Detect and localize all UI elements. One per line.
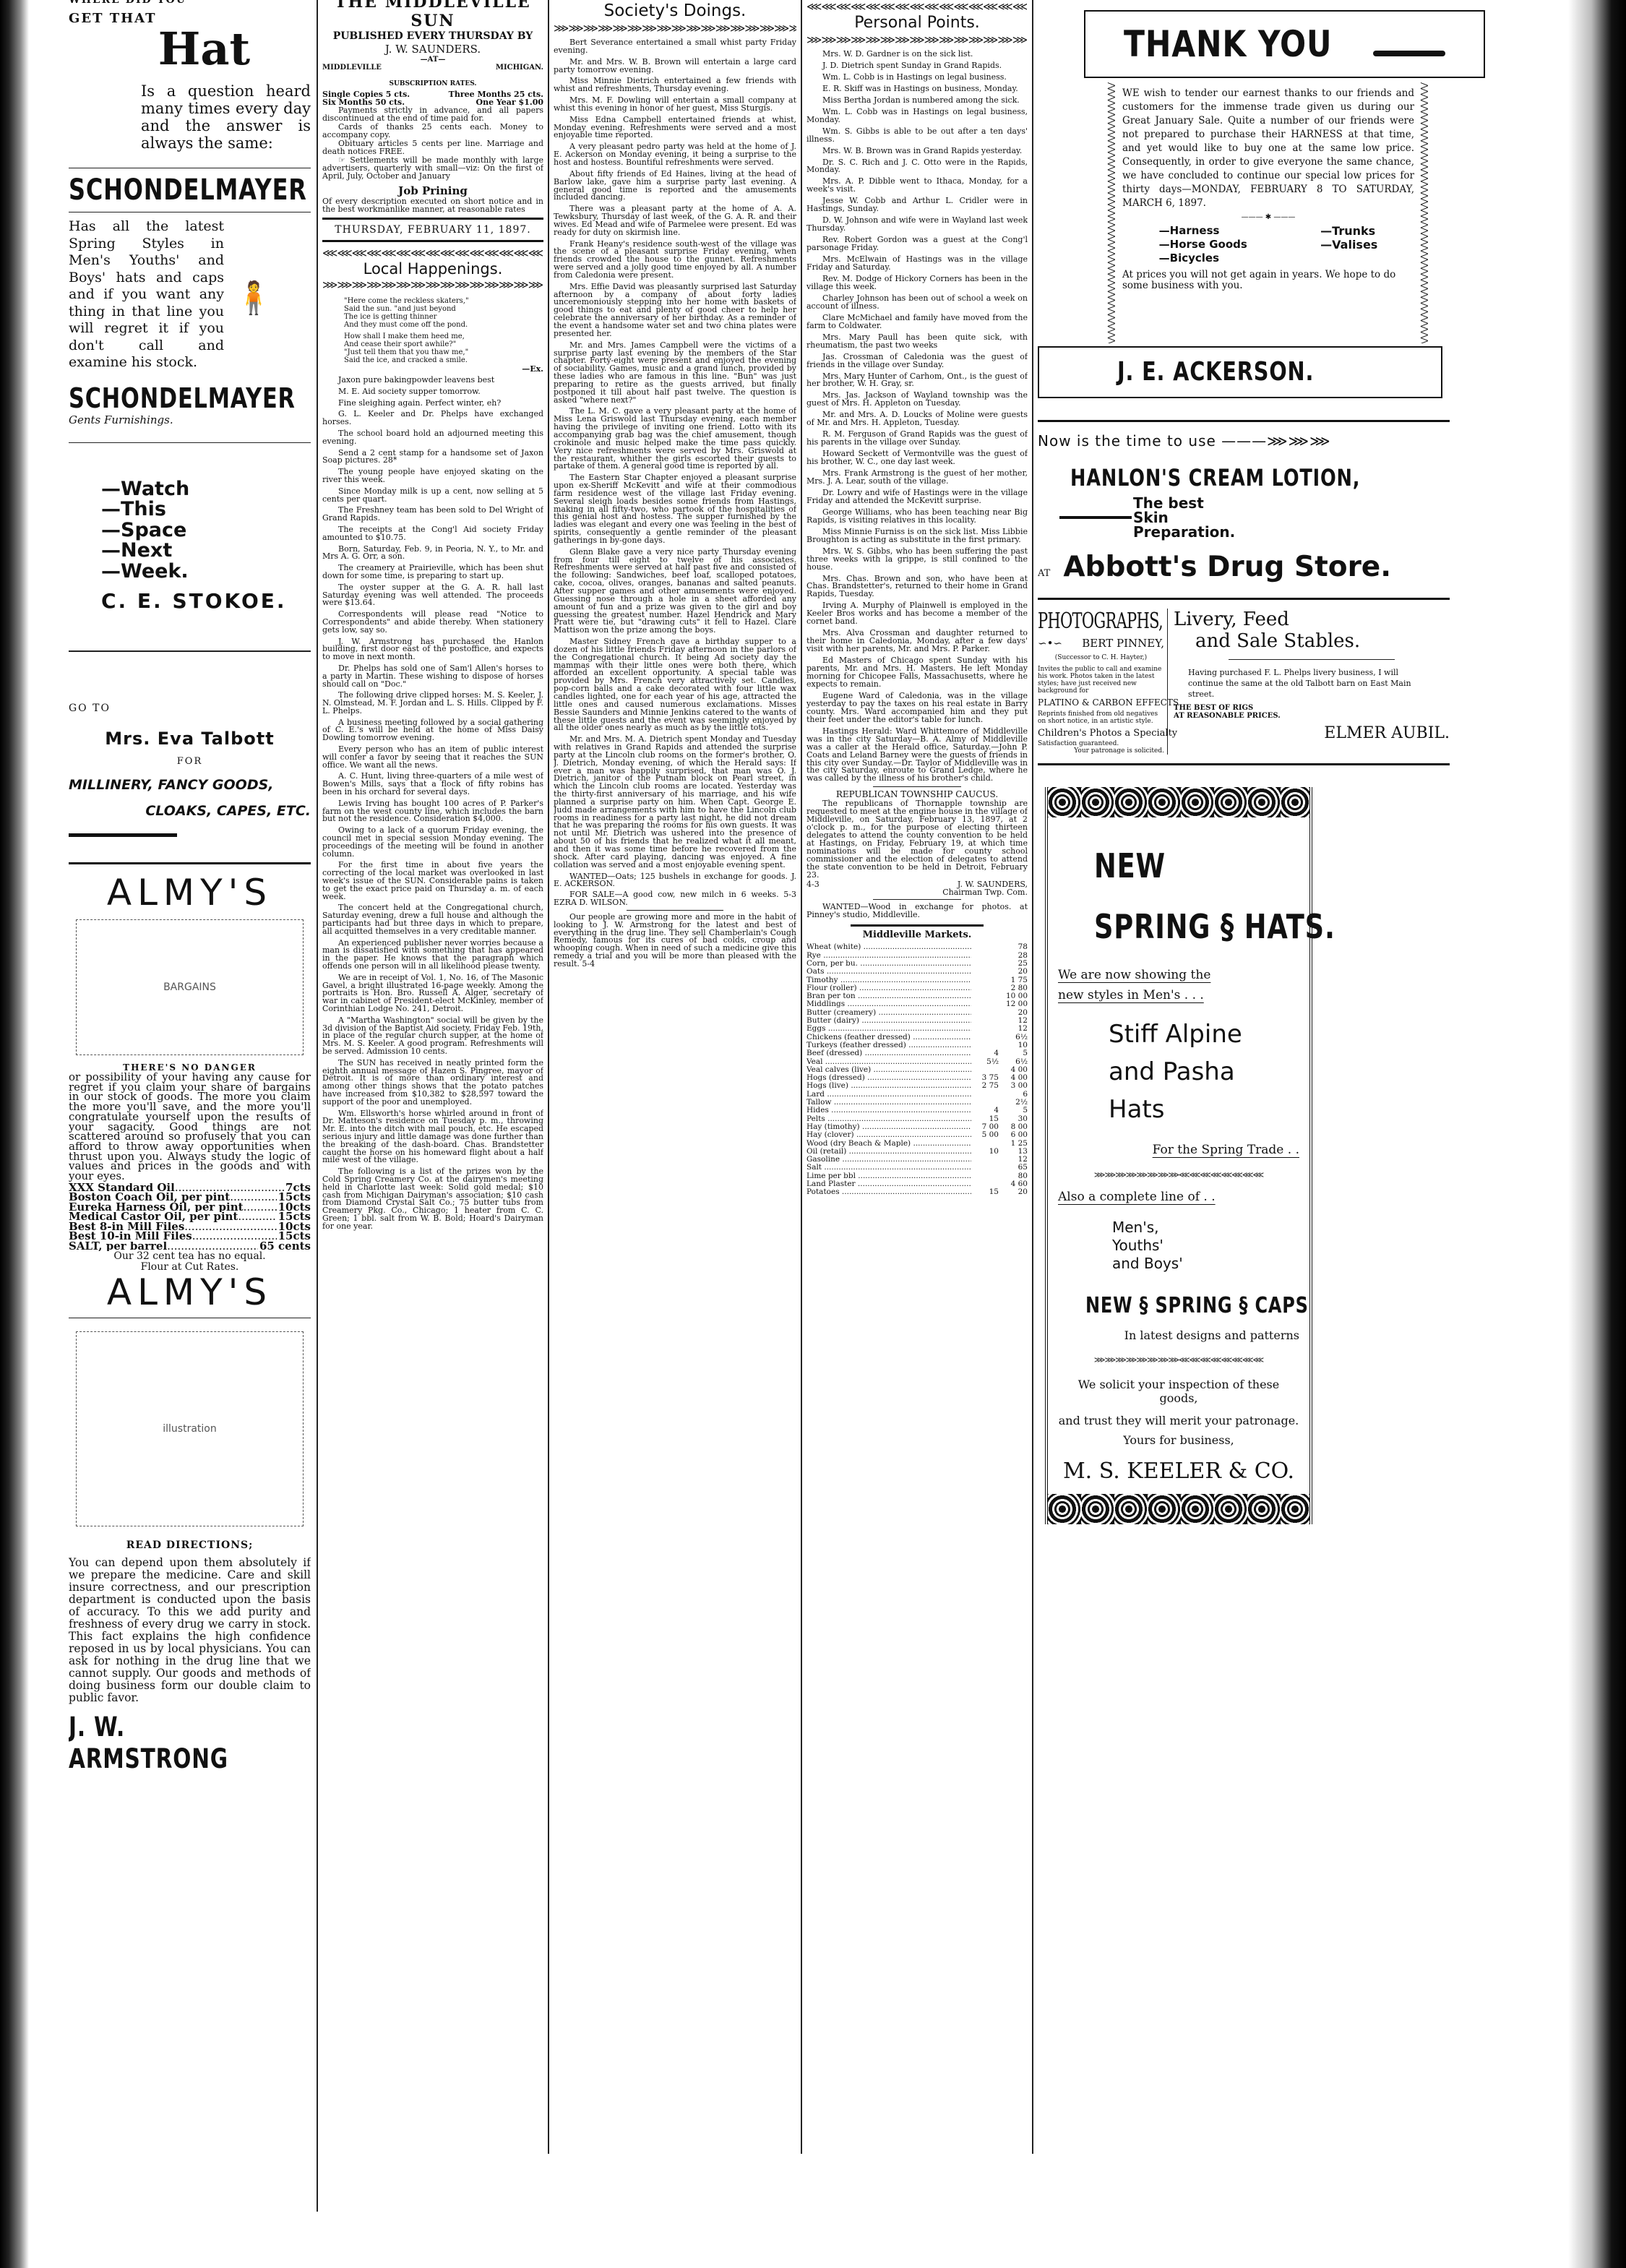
news-item: The concert held at the Congregational c… [322,904,543,935]
market-item: Rye [806,952,971,960]
subscription-rates: Single Copies 5 cts.Three Months 25 cts.… [322,90,543,106]
market-low [971,1000,999,1008]
poem-line: And cease their sport awhile?" [344,340,543,348]
personal-item: Mrs. Chas. Brown and son, who have been … [806,575,1028,599]
market-item: Wood (dry Beach & Maple) [806,1140,971,1148]
stokoe-ad: —Watch—This—Space—Next—Week. C. E. STOKO… [69,449,311,621]
market-item: Tallow [806,1099,971,1107]
group-line: Youths' [1112,1237,1299,1255]
market-row: Chickens (feather dressed)6½ [806,1034,1028,1041]
market-row: Hay (clover)5 006 00 [806,1131,1028,1139]
price-item: Best 10-in Mill Files [69,1232,277,1242]
poem-line: The ice is getting thinner [344,313,543,321]
hanlon-ad: Now is the time to use ———⋙⋙⋙ HANLON'S C… [1038,432,1450,583]
personal-item: Miss Bertha Jordan is numbered among the… [806,97,1028,105]
market-row: Butter (creamery)20 [806,1009,1028,1017]
news-item: Fine sleighing again. Perfect winter, eh… [322,400,543,408]
market-row: Salt65 [806,1164,1028,1172]
classified-ad: FOR SALE—A good cow, new milch in 6 week… [554,891,796,907]
market-item: Oats [806,968,971,976]
ad-line: —This [101,499,311,520]
society-item: A very pleasant pedro party was held at … [554,143,796,167]
price-row: SALT, per barrel65 cents [69,1242,311,1252]
personal-item: Mrs. W. B. Brown was in Grand Rapids yes… [806,147,1028,155]
society-item: The Eastern Star Chapter enjoyed a pleas… [554,474,796,545]
publisher: J. W. SAUNDERS. [322,43,543,56]
market-row: Wheat (white)78 [806,943,1028,951]
news-item: Every person who has an item of public i… [322,746,543,769]
bargains-cartoon-icon: BARGAINS [76,919,304,1055]
market-row: Timothy1 75 [806,976,1028,984]
ad-intro: We are now showing the [1058,968,1299,982]
market-item: Potatoes [806,1188,971,1196]
personal-item: Ed Masters of Chicago spent Sunday with … [806,657,1028,689]
ad-note: Our 32 cent tea has no equal. [69,1251,311,1262]
personal-item: Miss Minnie Furniss is on the sick list.… [806,528,1028,544]
column-rule [1032,0,1033,2154]
society-item: There was a pleasant party at the home o… [554,205,796,236]
market-row: Oats20 [806,968,1028,976]
market-row: Rye28 [806,952,1028,960]
guarantee-note: Satisfaction guaranteed. [1038,740,1164,747]
ad-headline: SPRING § HATS. [1094,907,1335,946]
price-item: XXX Standard Oil [69,1183,284,1193]
personal-item: Irving A. Murphy of Plainwell is employe… [806,602,1028,626]
page-scan-edge-right [1568,0,1626,2268]
market-low [971,1017,999,1025]
market-item: Oil (retail) [806,1148,971,1156]
market-low: 2 75 [971,1082,999,1090]
market-row: Beef (dressed)45 [806,1049,1028,1057]
market-row: Oil (retail)1013 [806,1148,1028,1156]
news-item: Wm. Ellsworth's horse whirled around in … [322,1110,543,1165]
market-row: Bran per ton10 00 [806,992,1028,1000]
published-line: PUBLISHED EVERY THURSDAY BY [322,30,543,43]
price-row: Best 8-in Mill Files10cts [69,1222,311,1232]
price-row: XXX Standard Oil7cts [69,1183,311,1193]
successor-note: (Successor to C. H. Hayter,) [1038,654,1164,661]
news-item: For the first time in about five years t… [322,862,543,901]
caucus-body: The republicans of Thornapple township a… [806,799,1028,879]
newspaper-title: THE MIDDLEVILLE SUN [322,0,543,30]
news-item: We are in receipt of Vol. 1, No. 16, of … [322,974,543,1013]
caucus-notice: REPUBLICAN TOWNSHIP CAUCUS. The republic… [806,790,1028,896]
market-high: 5 [999,1107,1028,1114]
ad-pitch: Has all the latest Spring Styles in Men'… [69,218,224,371]
photographer-name: BERT PINNEY, [1082,637,1164,650]
ad-body: Is a question heard many times every day… [141,82,311,152]
personal-item: Howard Seckett of Vermontville was the g… [806,450,1028,466]
brand-name-repeat: ALMY'S [69,1273,311,1312]
society-item: Glenn Blake gave a very nice party Thurs… [554,549,796,635]
market-item: Wheat (white) [806,943,971,951]
society-item: Master Sidney French gave a birthday sup… [554,638,796,732]
market-item: Beef (dressed) [806,1049,971,1057]
ad-headline: THANK YOU [1124,25,1332,64]
personal-item: Mrs. W. S. Gibbs, who has been suffering… [806,548,1028,572]
markets-heading: Middleville Markets. [806,929,1028,940]
market-item: Hides [806,1107,971,1114]
poem-line: And they must come off the pond. [344,321,543,329]
market-low: 10 [971,1148,999,1156]
classified-ad: WANTED—Oats; 125 bushels in exchange for… [554,873,796,889]
market-high: 78 [999,943,1028,951]
ad-line: —Next [101,541,311,562]
poem-line: How shall I make them heed me, [344,332,543,340]
ad-body: WE wish to tender our earnest thanks to … [1122,87,1414,210]
market-low [971,1172,999,1180]
news-item: J. W. Armstrong has purchased the Hanlon… [322,638,543,661]
market-item: Flour (roller) [806,984,971,992]
ad-body: You can depend upon them absolutely if w… [69,1557,311,1704]
poem-credit: —Ex. [322,364,543,374]
schondelmayer-hat-ad: WHERE DID YOU GET THAT Hat Is a question… [69,0,311,443]
designs-line: In latest designs and patterns [1058,1328,1299,1342]
news-item: An experienced publisher never worries b… [322,940,543,971]
price-value: 65 cents [258,1242,311,1252]
personal-item: Rev. Robert Gordon was a guest at the Co… [806,236,1028,252]
personal-item: Jesse W. Cobb and Arthur L. Cridler were… [806,197,1028,213]
personal-item: Hastings Herald: Ward Whittemore of Midd… [806,728,1028,783]
market-row: Lime per bbl80 [806,1172,1028,1180]
market-row: Hides45 [806,1107,1028,1114]
notice: Cards of thanks 25 cents each. Money to … [322,123,543,139]
news-item: Born, Saturday, Feb. 9, in Peoria, N. Y.… [322,546,543,562]
news-item: Jaxon pure bakingpowder leavens best [322,377,543,385]
page-scan-edge-left [0,0,29,2268]
ad-signature: C. E. STOKOE. [101,589,311,613]
market-row: Gasoline12 [806,1156,1028,1164]
ad-signature: J. W. ARMSTRONG [69,1711,262,1775]
ad-body: or possibility of your having any cause … [69,1073,311,1182]
goods-item: —Valises [1320,238,1377,252]
society-item: Mrs. M. F. Dowling will entertain a smal… [554,97,796,113]
ad-intro: new styles in Men's . . . [1058,988,1299,1002]
market-item: Eggs [806,1025,971,1033]
section-heading: Society's Doings. [554,0,796,22]
group-line: Men's, [1112,1219,1299,1237]
boy-figure-icon: 🧍 [228,247,279,348]
market-low: 5½ [971,1058,999,1066]
market-low: 4 [971,1049,999,1057]
price-item: SALT, per barrel [69,1242,258,1252]
ad-signature: ELMER AUBIL. [1174,724,1450,742]
ad-headline: and Sale Stables. [1174,630,1450,652]
personal-item: Charley Johnson has been out of school a… [806,295,1028,311]
feature-line: and Pasha [1109,1053,1299,1091]
yours-line: Yours for business, [1058,1433,1299,1447]
society-item: Mr. and Mrs. James Campbell were the vic… [554,342,796,405]
price-item: Medical Castor Oil, per pint [69,1212,277,1222]
poem-line: Said the ice, and cracked a smile. [344,356,543,364]
wanted-notice: WANTED—Wood in exchange for photos. at P… [806,903,1028,919]
job-text: Of every description executed on short n… [322,197,543,213]
personal-item: Jas. Crossman of Caledonia was the guest… [806,353,1028,369]
news-item: A business meeting followed by a social … [322,719,543,742]
almys-ad: ALMY'S BARGAINS THERE'S NO DANGER or pos… [69,873,311,1318]
local-happenings: ⋘⋘⋘⋘⋘⋘⋘⋘⋘⋘⋘⋘⋘⋘⋘⋘⋘⋘⋘⋘⋘⋘⋘⋘⋘⋘⋘⋘⋘⋘ Local Hap… [322,246,543,1231]
market-high: 12 [999,1025,1028,1033]
personal-item: Mr. and Mrs. A. D. Loucks of Moline were… [806,411,1028,427]
market-item: Butter (creamery) [806,1009,971,1017]
personal-item: Mrs. Mary Hunter of Carhom, Ont., is the… [806,373,1028,389]
market-row: Lard6 [806,1091,1028,1099]
market-item: Hogs (dressed) [806,1074,971,1082]
market-row: Butter (dairy)12 [806,1017,1028,1025]
news-item: Lewis Irving has bought 100 acres of P. … [322,800,543,823]
ad-headline: PHOTOGRAPHS, [1038,609,1127,634]
news-item: M. E. Aid society supper tomorrow. [322,388,543,396]
markets-table: Middleville Markets. Wheat (white)78Rye2… [806,929,1028,1196]
solicit-line: We solicit your inspection of these good… [1058,1378,1299,1405]
poem-line: "Here come the reckless skaters," [344,297,543,305]
market-item: Bran per ton [806,992,971,1000]
poem-line: "Just tell them that you thaw me," [344,348,543,356]
dateline: THURSDAY, FEBRUARY 11, 1897. [322,224,543,236]
market-item: Lard [806,1091,971,1099]
market-row: Flour (roller)2 80 [806,984,1028,992]
market-low [971,1091,999,1099]
group-line: and Boys' [1112,1255,1299,1273]
personal-column: ⋘⋘⋘⋘⋘⋘⋘⋘⋘⋘⋘⋘⋘⋘⋘⋘⋘⋘⋘⋘⋘⋘⋘⋘⋘⋘⋘⋘⋘⋘ Personal … [806,0,1028,2154]
armstrong-ad: illustration READ DIRECTIONS; You can de… [69,1331,311,1775]
ad-line: —Watch [101,479,311,500]
price-row: Medical Castor Oil, per pint15cts [69,1212,311,1222]
personal-item: Clare McMichael and family have moved fr… [806,314,1028,330]
news-item: The SUN has received in neatly printed f… [322,1060,543,1107]
market-low [971,976,999,984]
ad-lead: Now is the time to use [1038,432,1216,450]
masthead: THE MIDDLEVILLE SUN PUBLISHED EVERY THUR… [322,0,543,242]
brand-name-repeat: SCHONDELMAYER [69,383,296,413]
brand-name: ALMY'S [69,873,311,912]
news-item: Owing to a lack of a quorum Friday eveni… [322,827,543,858]
personal-item: Mrs. W. D. Gardner is on the sick list. [806,51,1028,59]
product-name: HANLON'S CREAM LOTION, [1070,464,1360,491]
market-item: Salt [806,1164,971,1172]
market-row: Middlings12 00 [806,1000,1028,1008]
classified-signature: EZRA D. WILSON. [554,898,628,907]
poem-line: Said the sun. "and just beyond [344,305,543,313]
news-item: The young people have enjoyed skating on… [322,468,543,484]
ad-headline: NEW [1094,846,1166,885]
market-item: Chickens (feather dressed) [806,1034,971,1041]
society-item: About fifty friends of Ed Haines, living… [554,171,796,202]
for-trade-line: For the Spring Trade . . [1058,1143,1299,1157]
society-item: Miss Minnie Dietrich entertained a few f… [554,77,796,93]
personal-item: Dr. Lowry and wife of Hastings were in t… [806,489,1028,505]
specialty-line: Children's Photos a Specialty [1038,728,1164,739]
news-item: The following drive clipped horses: M. S… [322,692,543,715]
personal-item: Mrs. Jas. Jackson of Wayland township wa… [806,392,1028,408]
goods-item: —Trunks [1320,224,1377,238]
market-item: Butter (dairy) [806,1017,971,1025]
society-column: Society's Doings. ⋙⋙⋙⋙⋙⋙⋙⋙⋙⋙⋙⋙⋙⋙⋙⋙⋙⋙⋙⋙⋙⋙… [554,0,796,2154]
reprints-note: Reprints finished from old negatives on … [1038,710,1164,725]
job-heading: Job Prining [322,184,543,197]
market-item: Pelts [806,1115,971,1123]
news-item: G. L. Keeler and Dr. Phelps have exchang… [322,411,543,426]
ad-tagline: Gents Furnishings. [69,413,311,426]
ad-promo: AT REASONABLE PRICES. [1174,712,1450,720]
caucus-title: Chairman Twp. Com. [942,888,1028,896]
pinney-livery-row: PHOTOGRAPHS, ∽•∽ BERT PINNEY, (Successor… [1038,609,1450,755]
column-rule [801,0,802,2154]
market-low [971,984,999,992]
price-item: Best 8-in Mill Files [69,1222,277,1232]
market-row: Veal5½6½ [806,1058,1028,1066]
news-item: Send a 2 cent stamp for a handsome set o… [322,450,543,465]
personal-item: Mrs. A. P. Dibble went to Ithaca, Monday… [806,178,1028,194]
personal-item: R. M. Ferguson of Grand Rapids was the g… [806,431,1028,447]
society-item: Bert Severance entertained a small whist… [554,39,796,55]
news-item: The oyster supper at the G. A. R. hall l… [322,584,543,607]
tag-line: Preparation. [1133,525,1235,539]
market-high: 6 00 [999,1131,1028,1139]
poem: "Here come the reckless skaters,"Said th… [344,297,543,364]
ad-line-2: CLOAKS, CAPES, ETC. [69,803,311,819]
market-low [971,1034,999,1041]
news-item: A. C. Hunt, living three-quarters of a m… [322,773,543,796]
society-item: Mr. and Mrs. W. B. Brown will entertain … [554,59,796,74]
market-item: Land Plaster [806,1180,971,1188]
personal-item: Rev. M. Dodge of Hickory Corners has bee… [806,275,1028,291]
news-item: The creamery at Prairieville, which has … [322,564,543,580]
right-ads-column: THANK YOU ⋀⋀⋀⋀⋀⋀⋀⋀⋀⋀⋀⋀⋀⋀⋀⋀⋀⋀⋀⋀⋀⋀⋀⋀⋀⋀⋀⋀⋀⋀… [1038,0,1558,2268]
news-item: Dr. Phelps has sold one of Sam'l Allen's… [322,665,543,688]
market-item: Veal calves (live) [806,1066,971,1074]
market-row: Potatoes1520 [806,1188,1028,1196]
column-rule [548,0,549,2154]
market-low [971,943,999,951]
go-to-label: GO TO [69,703,311,714]
ad-line: —Space [101,520,311,541]
personal-item: J. D. Dietrich spent Sunday in Grand Rap… [806,62,1028,70]
also-line: Also a complete line of . . [1058,1190,1299,1204]
town: MIDDLEVILLE [322,64,382,72]
society-item: Miss Edna Campbell entertained friends a… [554,116,796,140]
price-item: Eureka Harness Oil, per pint [69,1203,277,1213]
ad-headline: Hat [69,26,311,72]
section-heading: Local Happenings. [322,259,543,278]
market-high: 65 [999,1164,1028,1172]
society-item: The L. M. C. gave a very pleasant party … [554,408,796,471]
notices: Payments strictly in advance, and all pa… [322,106,543,180]
personal-item: E. R. Skiff was in Hastings on business,… [806,85,1028,93]
personal-item: Eugene Ward of Caledonia, was in the vil… [806,692,1028,724]
ackerson-ad: THANK YOU ⋀⋀⋀⋀⋀⋀⋀⋀⋀⋀⋀⋀⋀⋀⋀⋀⋀⋀⋀⋀⋀⋀⋀⋀⋀⋀⋀⋀⋀⋀… [1038,10,1442,398]
livery-ad: Livery, Feed and Sale Stables. Having pu… [1168,609,1450,755]
ornamental-border [1048,787,1309,817]
price-item: Boston Coach Oil, per pint [69,1193,277,1203]
price-row: Boston Coach Oil, per pint15cts [69,1193,311,1203]
market-low [971,952,999,960]
market-low: 4 [971,1107,999,1114]
armstrong-notice: Our people are growing more and more in … [554,914,796,968]
market-low [971,968,999,976]
market-row: Eggs12 [806,1025,1028,1033]
ad-line-1: MILLINERY, FANCY GOODS, [69,777,311,793]
market-item: Middlings [806,1000,971,1008]
keeler-ad: NEW SPRING § HATS. We are now showing th… [1045,787,1312,1524]
goods-item: —Horse Goods [1159,238,1247,252]
masthead-column: THE MIDDLEVILLE SUN PUBLISHED EVERY THUR… [322,0,543,2212]
store-name: Abbott's Drug Store. [1063,551,1391,583]
news-item: The receipts at the Cong'l Aid society F… [322,526,543,542]
market-row: Corn, per bu.25 [806,960,1028,968]
patronage-note: Your patronage is solicited. [1038,747,1164,755]
tag-line: The best [1133,496,1235,510]
market-low: 5 00 [971,1131,999,1139]
news-item: A "Martha Washington" social will be giv… [322,1017,543,1056]
rates-heading: SUBSCRIPTION RATES. [322,80,543,87]
talbott-ad: GO TO Mrs. Eva Talbott FOR MILLINERY, FA… [69,703,311,864]
market-high: 20 [999,968,1028,976]
ad-body: Invites the public to call and examine h… [1038,666,1164,695]
news-item: Correspondents will please read "Notice … [322,611,543,634]
ad-promo: THE BEST OF RIGS [1174,704,1450,712]
feature-line: Stiff Alpine [1109,1015,1299,1053]
personal-item: Mrs. Mary Paull has been quite sick, wit… [806,334,1028,350]
news-item: The following is a list of the prizes wo… [322,1168,543,1230]
market-item: Hay (clover) [806,1131,971,1139]
goods-item: —Bicycles [1159,252,1247,265]
market-low [971,960,999,968]
at-line: —AT— [322,56,543,64]
market-low [971,1025,999,1033]
ad-headline: Livery, Feed [1174,609,1450,630]
market-item: Turkeys (feather dressed) [806,1041,971,1049]
market-high: 20 [999,1188,1028,1196]
tag-line: Skin [1133,510,1235,525]
ad-kicker-top: WHERE DID YOU [69,0,311,7]
market-low [971,992,999,1000]
ad-heading: READ DIRECTIONS; [69,1539,311,1551]
pinney-ad: PHOTOGRAPHS, ∽•∽ BERT PINNEY, (Successor… [1038,609,1168,755]
market-low: 15 [971,1188,999,1196]
personal-item: Mrs. McElwain of Hastings was in the vil… [806,256,1028,272]
caps-headline: NEW § SPRING § CAPS [1085,1293,1309,1318]
ad-closing: At prices you will not get again in year… [1122,270,1414,291]
ad-signature: M. S. KEELER & CO. [1058,1459,1299,1484]
market-item: Timothy [806,976,971,984]
market-item: Hay (timothy) [806,1123,971,1131]
news-item: The school board hold an adjourned meeti… [322,430,543,446]
ad-body: Having purchased F. L. Phelps livery bus… [1174,667,1450,700]
ornamental-border [1048,1494,1309,1524]
column-rule [317,0,318,2212]
news-item: Since Monday milk is up a cent, now sell… [322,488,543,504]
state: MICHIGAN. [496,64,543,72]
feature-line: Hats [1109,1091,1299,1128]
personal-item: Mrs. Frank Armstrong is the guest of her… [806,470,1028,486]
price-list: XXX Standard Oil7ctsBoston Coach Oil, pe… [69,1183,311,1252]
effects-line: PLATINO & CARBON EFFECTS [1038,697,1164,708]
notice: Obituary articles 5 cents per line. Marr… [322,139,543,155]
left-ads-column: WHERE DID YOU GET THAT Hat Is a question… [69,0,311,2268]
notice: ☞ Settlements will be made monthly with … [322,156,543,180]
personal-item: Wm. L. Cobb was in Hastings on legal bus… [806,108,1028,124]
society-item: Mrs. Effie David was pleasantly surprise… [554,283,796,338]
personal-item: George Williams, who has been teaching n… [806,509,1028,525]
market-item: Hogs (live) [806,1082,971,1090]
brand-name: SCHONDELMAYER [69,174,307,206]
news-item: The Freshney team has been sold to Del W… [322,507,543,523]
market-high: 5 [999,1049,1028,1057]
society-item: Mr. and Mrs. M. A. Dietrich spent Monday… [554,736,796,869]
ad-line: —Week. [101,562,311,583]
market-item: Corn, per bu. [806,960,971,968]
